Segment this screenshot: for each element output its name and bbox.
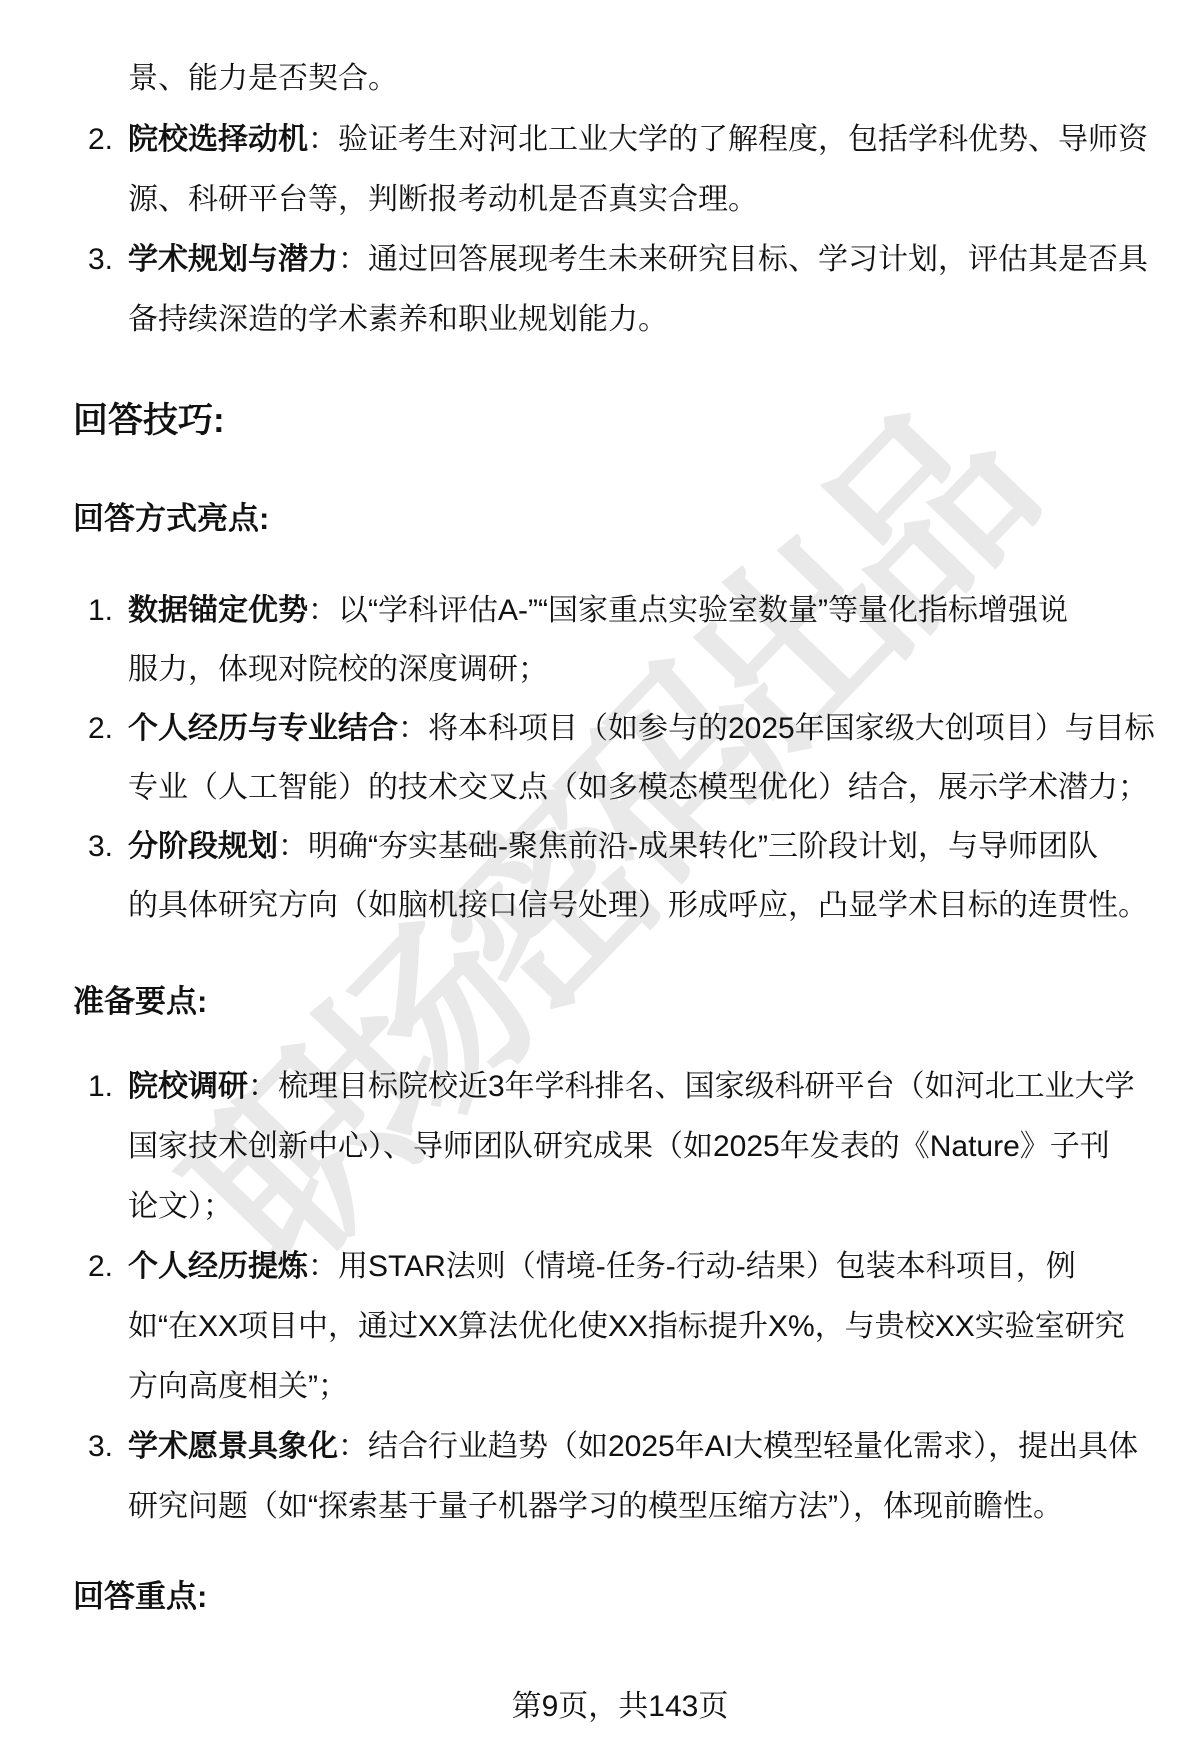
list-item-number: 3. <box>88 817 128 935</box>
list-item: 2. 个人经历提炼：用STAR法则（情境-任务-行动-结果）包装本科项目，例 如… <box>88 1237 1200 1417</box>
subheading-highlights: 回答方式亮点: <box>73 494 1200 544</box>
page-footer: 第9页，共143页 <box>0 1682 1200 1732</box>
list-item-number: 2. <box>88 110 128 230</box>
list-item-text: 个人经历提炼：用STAR法则（情境-任务-行动-结果）包装本科项目，例 如“在X… <box>128 1237 1200 1417</box>
list-item-number: 1. <box>88 581 128 699</box>
list-item-text: 数据锚定优势：以“学科评估A-”“国家重点实验室数量”等量化指标增强说 服力，体… <box>128 581 1200 699</box>
list-item-number: 2. <box>88 1237 128 1417</box>
list-item-label: 分阶段规划 <box>128 830 278 863</box>
list-item-text: 学术规划与潜力：通过回答展现考生未来研究目标、学习计划，评估其是否具 备持续深造… <box>128 230 1200 350</box>
list-item-label: 学术愿景具象化 <box>128 1430 338 1463</box>
list-item-label: 个人经历提炼 <box>128 1250 308 1283</box>
list-item-label: 个人经历与专业结合 <box>128 712 398 745</box>
list-item-text: 分阶段规划：明确“夯实基础-聚焦前沿-成果转化”三阶段计划，与导师团队 的具体研… <box>128 817 1200 935</box>
list-item-number: 2. <box>88 699 128 817</box>
prep-list: 1. 院校调研：梳理目标院校近3年学科排名、国家级科研平台（如河北工业大学 国家… <box>88 1057 1200 1537</box>
list-item-body: ：梳理目标院校近3年学科排名、国家级科研平台（如河北工业大学 国家技术创新中心）… <box>128 1070 1135 1223</box>
page-number: 第9页，共143页 <box>512 1690 729 1723</box>
list-item-label: 院校选择动机 <box>128 123 308 156</box>
intro-list: 2. 院校选择动机：验证考生对河北工业大学的了解程度，包括学科优势、导师资 源、… <box>88 110 1200 350</box>
list-item-number: 3. <box>88 230 128 350</box>
highlight-list: 1. 数据锚定优势：以“学科评估A-”“国家重点实验室数量”等量化指标增强说 服… <box>88 581 1200 935</box>
list-item: 1. 院校调研：梳理目标院校近3年学科排名、国家级科研平台（如河北工业大学 国家… <box>88 1057 1200 1237</box>
list-item-label: 院校调研 <box>128 1070 248 1103</box>
section-heading-techniques: 回答技巧: <box>73 396 1200 446</box>
subheading-preparation: 准备要点: <box>73 977 1200 1027</box>
list-item: 3. 分阶段规划：明确“夯实基础-聚焦前沿-成果转化”三阶段计划，与导师团队 的… <box>88 817 1200 935</box>
subheading-focus: 回答重点: <box>73 1572 1200 1622</box>
list-item-text: 院校选择动机：验证考生对河北工业大学的了解程度，包括学科优势、导师资 源、科研平… <box>128 110 1200 230</box>
list-item-label: 学术规划与潜力 <box>128 243 338 276</box>
list-item-text: 学术愿景具象化：结合行业趋势（如2025年AI大模型轻量化需求），提出具体 研究… <box>128 1417 1200 1537</box>
list-item-text: 个人经历与专业结合：将本科项目（如参与的2025年国家级大创项目）与目标 专业（… <box>128 699 1200 817</box>
list-item: 2. 个人经历与专业结合：将本科项目（如参与的2025年国家级大创项目）与目标 … <box>88 699 1200 817</box>
continuation-text: 景、能力是否契合。 <box>128 49 1200 109</box>
list-item: 3. 学术愿景具象化：结合行业趋势（如2025年AI大模型轻量化需求），提出具体… <box>88 1417 1200 1537</box>
list-item-text: 院校调研：梳理目标院校近3年学科排名、国家级科研平台（如河北工业大学 国家技术创… <box>128 1057 1200 1237</box>
list-item-number: 1. <box>88 1057 128 1237</box>
list-item-label: 数据锚定优势 <box>128 594 308 627</box>
list-item-body: ：明确“夯实基础-聚焦前沿-成果转化”三阶段计划，与导师团队 的具体研究方向（如… <box>128 830 1148 922</box>
list-item-number: 3. <box>88 1417 128 1537</box>
list-item: 1. 数据锚定优势：以“学科评估A-”“国家重点实验室数量”等量化指标增强说 服… <box>88 581 1200 699</box>
list-item: 2. 院校选择动机：验证考生对河北工业大学的了解程度，包括学科优势、导师资 源、… <box>88 110 1200 230</box>
list-item: 3. 学术规划与潜力：通过回答展现考生未来研究目标、学习计划，评估其是否具 备持… <box>88 230 1200 350</box>
document-page: 职场密码出品 景、能力是否契合。 2. 院校选择动机：验证考生对河北工业大学的了… <box>0 0 1200 1755</box>
page-content: 景、能力是否契合。 2. 院校选择动机：验证考生对河北工业大学的了解程度，包括学… <box>0 0 1200 1732</box>
